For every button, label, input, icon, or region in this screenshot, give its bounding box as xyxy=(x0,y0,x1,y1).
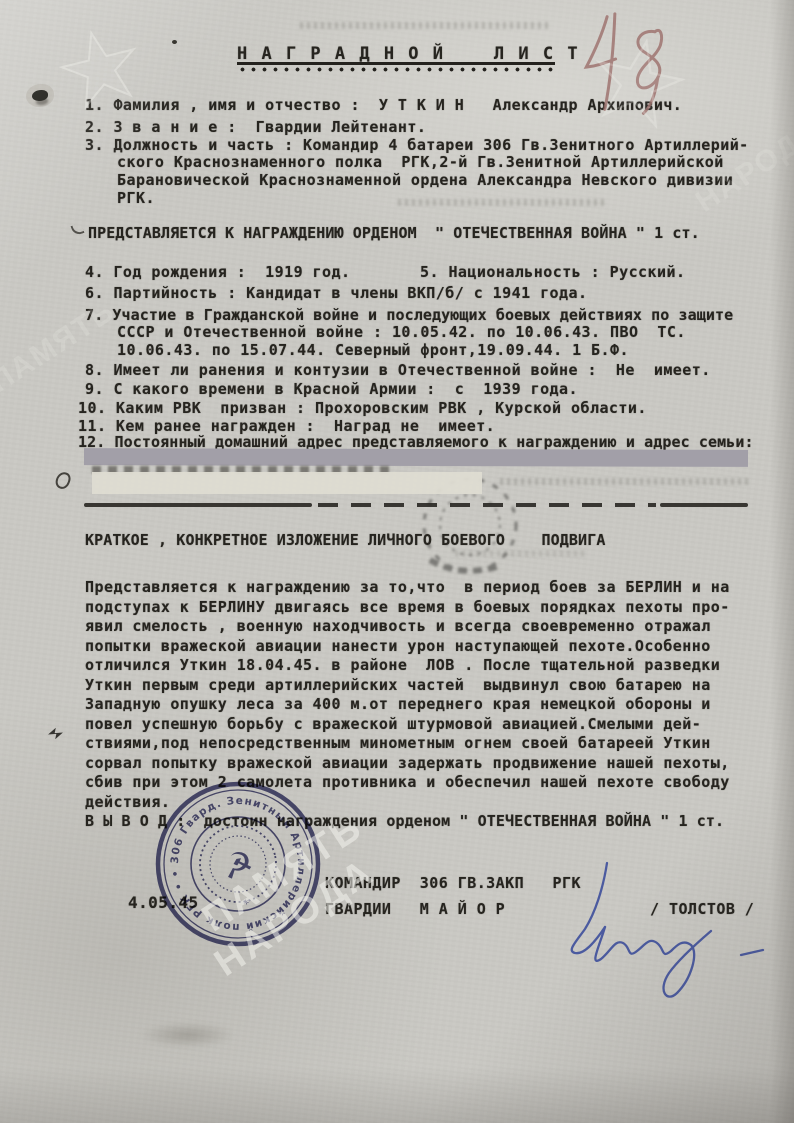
field-position-line-2: ского Краснознаменного полка РГК,2-й Гв.… xyxy=(117,153,724,172)
section-separator-dashes xyxy=(318,503,656,507)
redaction-bar-grey xyxy=(84,448,748,467)
feat-line: сорвал попытку вражеской авиации задержа… xyxy=(85,754,730,773)
field-birth-year: 4. Год рождения : 1919 год. xyxy=(85,263,350,282)
margin-tick-mark xyxy=(70,222,84,236)
bleed-through-artifact xyxy=(500,478,750,485)
field-position-line-3: Барановической Краснознаменной ордена Ал… xyxy=(117,171,733,190)
feat-line: попытки вражеской авиации нанести урон н… xyxy=(85,637,711,656)
stamp-date: 4.05.45 xyxy=(128,893,199,913)
commander-rank-line: ГВАРДИИ М А Й О Р xyxy=(325,900,505,919)
field-rank: 2. З в а н и е : Гвардии Лейтенант. xyxy=(85,118,426,137)
paper-smudge xyxy=(140,1022,235,1048)
feat-line: отличился Уткин 18.04.45. в районе ЛОВ .… xyxy=(85,656,720,675)
hammer-sickle-icon: ☭ xyxy=(219,843,257,888)
ink-blot xyxy=(32,90,48,101)
feat-section-heading: КРАТКОЕ , КОНКРЕТНОЕ ИЗЛОЖЕНИЕ ЛИЧНОГО Б… xyxy=(85,531,605,550)
bleed-through-artifact xyxy=(398,199,608,206)
feat-line: подступах к БЕРЛИНУ двигаясь все время в… xyxy=(85,598,730,617)
star-glyph-icon: ✶ xyxy=(242,897,251,908)
presented-for-award-line: ПРЕДСТАВЛЯЕТСЯ К НАГРАЖДЕНИЮ ОРДЕНОМ " О… xyxy=(88,224,700,243)
field-position-line-4: РГК. xyxy=(117,189,155,208)
field-wounds: 8. Имеет ли ранения и контузии в Отечест… xyxy=(85,361,711,380)
margin-scribble xyxy=(54,470,73,490)
field-position-line-1: 3. Должность и часть : Командир 4 батаре… xyxy=(85,136,749,155)
field-drafted-by: 10. Каким РВК призван : Прохоровским РВК… xyxy=(78,399,647,418)
feat-line: сбив при этом 2 самолета противника и об… xyxy=(85,773,730,792)
redaction-bar-light xyxy=(92,472,482,494)
ink-speck xyxy=(172,40,177,44)
field-war-participation-line-1: 7. Участие в Гражданской войне и последу… xyxy=(85,306,733,325)
feat-line: явил смелость , военную находчивость и в… xyxy=(85,617,711,636)
field-war-participation-line-3: 10.06.43. по 15.07.44. Северный фронт,19… xyxy=(117,341,629,360)
section-separator-left xyxy=(84,503,312,507)
section-separator-right xyxy=(660,503,748,507)
field-nationality: 5. Национальность : Русский. xyxy=(420,263,685,282)
feat-line: Уткин первым среди артиллерийских частей… xyxy=(85,676,711,695)
commander-title-line: КОМАНДИР 306 ГВ.ЗАКП РГК xyxy=(325,874,581,893)
feat-line: ствиями,под непосредственным минометным … xyxy=(85,734,711,753)
bleed-through-artifact xyxy=(300,22,550,29)
field-war-participation-line-2: СССР и Отечественной войне : 10.05.42. п… xyxy=(117,323,686,342)
award-sheet-scan: Н А Г Р А Д Н О Й Л И С Т 1. Фамилия , и… xyxy=(0,0,794,1123)
feat-line: повел успешную борьбу с вражеской штурмо… xyxy=(85,715,701,734)
field-surname: 1. Фамилия , имя и отчество : У Т К И Н … xyxy=(85,96,682,115)
star-watermark-icon xyxy=(583,27,692,136)
feat-line: Западную опушку леса за 400 м.от передне… xyxy=(85,695,711,714)
feat-line: действия. xyxy=(85,793,170,812)
commander-name: / ТОЛСТОВ / xyxy=(650,900,754,919)
field-service-since: 9. С какого времени в Красной Армии : с … xyxy=(85,380,578,399)
stamp-smudge xyxy=(390,450,560,580)
field-party: 6. Партийность : Кандидат в члены ВКП/б/… xyxy=(85,284,587,303)
title-dotted-underline xyxy=(237,67,555,72)
conclusion-line: В Ы В О Д : достоин награждения орденом … xyxy=(85,812,724,831)
margin-ink-mark xyxy=(47,727,64,741)
feat-line: Представляется к награждению за то,что в… xyxy=(85,578,730,597)
bleed-through-artifact xyxy=(455,550,585,557)
title-underline xyxy=(237,62,555,65)
